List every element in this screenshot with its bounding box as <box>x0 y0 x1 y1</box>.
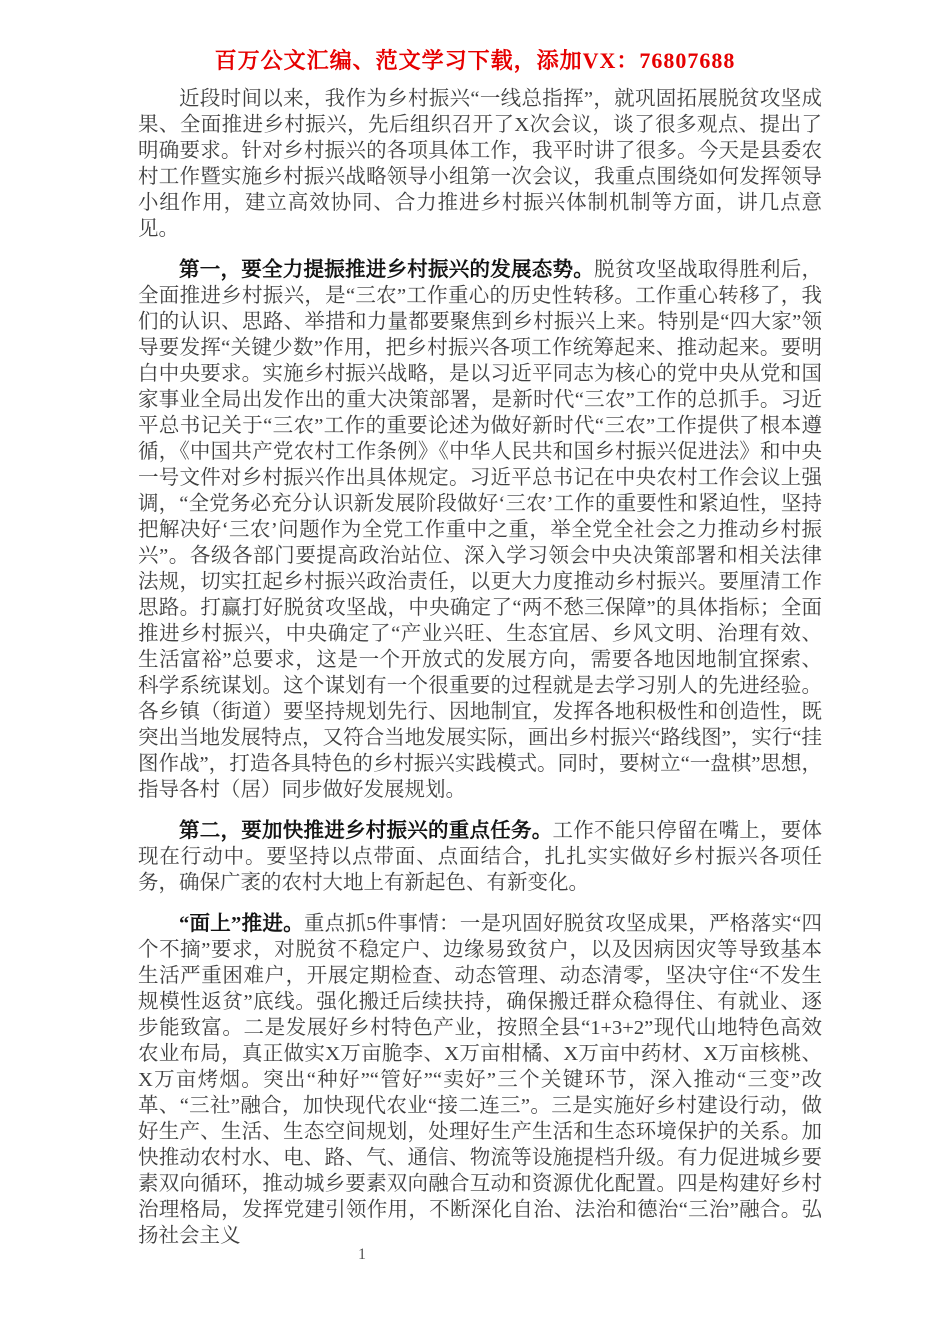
paragraph-first-point: 第一，要全力提振推进乡村振兴的发展态势。脱贫攻坚战取得胜利后，全面推进乡村振兴，… <box>138 257 822 803</box>
page-number: 1 <box>350 1246 374 1264</box>
paragraph-mianshang-advance: “面上”推进。重点抓5件事情：一是巩固好脱贫攻坚成果，严格落实“四个不摘”要求，… <box>138 911 822 1249</box>
paragraph-intro: 近段时间以来，我作为乡村振兴“一线总指挥”，就巩固拓展脱贫攻坚成果、全面推进乡村… <box>138 86 822 242</box>
paragraph-lead: “面上”推进。 <box>179 913 304 935</box>
paragraph-text: 近段时间以来，我作为乡村振兴“一线总指挥”，就巩固拓展脱贫攻坚成果、全面推进乡村… <box>138 88 822 240</box>
paragraph-second-point: 第二，要加快推进乡村振兴的重点任务。工作不能只停留在嘴上，要体现在行动中。要坚持… <box>138 818 822 896</box>
document-page: 百万公文汇编、范文学习下载，添加VX：76807688 近段时间以来，我作为乡村… <box>0 0 950 1344</box>
promo-header-text: 百万公文汇编、范文学习下载，添加VX：76807688 <box>0 44 950 75</box>
paragraph-lead: 第一，要全力提振推进乡村振兴的发展态势。 <box>179 259 594 281</box>
paragraph-text: 重点抓5件事情：一是巩固好脱贫攻坚成果，严格落实“四个不摘”要求，对脱贫不稳定户… <box>138 913 822 1247</box>
paragraph-text: 脱贫攻坚战取得胜利后，全面推进乡村振兴，是“三农”工作重心的历史性转移。工作重心… <box>138 259 822 801</box>
paragraph-lead: 第二，要加快推进乡村振兴的重点任务。 <box>179 820 553 842</box>
document-body: 近段时间以来，我作为乡村振兴“一线总指挥”，就巩固拓展脱贫攻坚成果、全面推进乡村… <box>138 86 822 1249</box>
